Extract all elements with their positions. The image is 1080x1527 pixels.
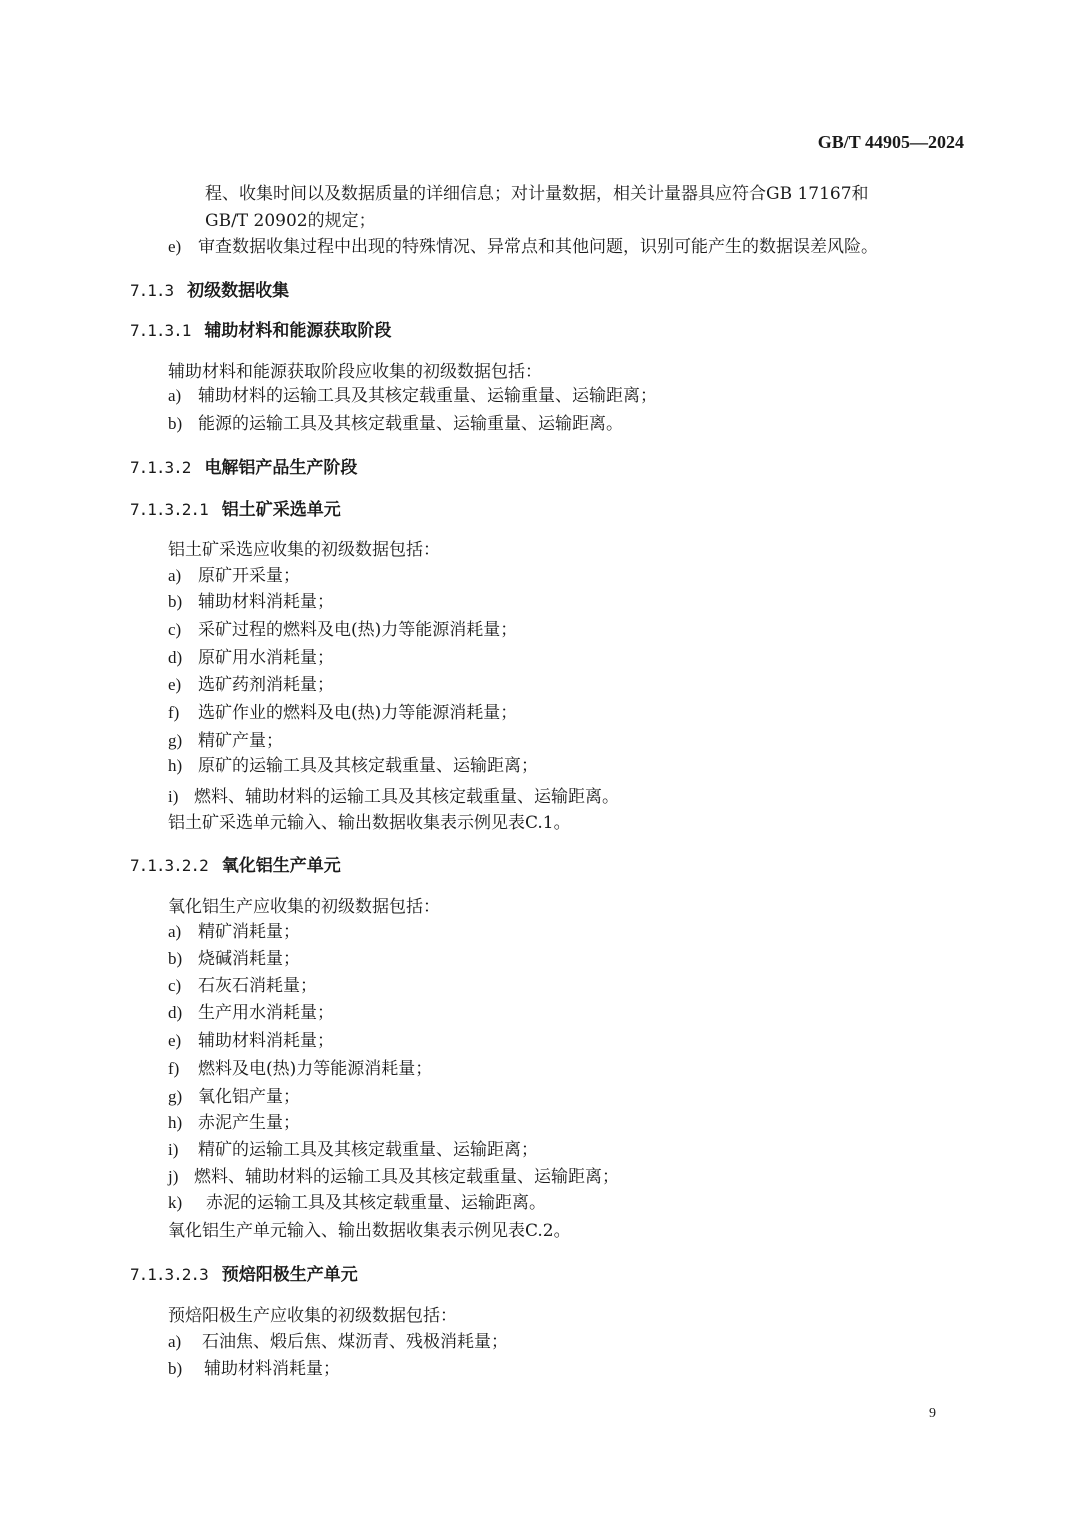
list-label: a): [168, 920, 198, 944]
list-item: a)原矿开采量；: [168, 564, 300, 588]
list-label: b): [168, 1357, 204, 1381]
list-text: 石灰石消耗量；: [198, 976, 317, 996]
section-number: 7.1.3.2.3: [130, 1263, 208, 1287]
list-item: b)辅助材料消耗量；: [168, 590, 334, 614]
section-heading-7-1-3-2: 7.1.3.2电解铝产品生产阶段: [130, 456, 357, 480]
list-text: 赤泥产生量；: [198, 1113, 300, 1133]
list-text: 氧化铝产量；: [198, 1087, 300, 1107]
section-number: 7.1.3.2: [130, 456, 190, 480]
list-label: d): [168, 646, 198, 670]
list-text: 燃料、辅助材料的运输工具及其核定载重量、运输距离；: [194, 1167, 619, 1187]
continued-text-line-2: GB/T 20902的规定；: [205, 209, 376, 233]
list-item: c)石灰石消耗量；: [168, 974, 317, 998]
list-text: 石油焦、煅后焦、煤沥青、残极消耗量；: [202, 1332, 508, 1352]
list-label: f): [168, 701, 198, 725]
standard-number: GB/T 44905—2024: [818, 132, 964, 153]
list-item: b)烧碱消耗量；: [168, 947, 300, 971]
list-label: e): [168, 1029, 198, 1053]
list-text: 辅助材料消耗量；: [204, 1359, 340, 1379]
list-item: j)燃料、辅助材料的运输工具及其核定载重量、运输距离；: [168, 1165, 619, 1189]
continued-text-line-1: 程、收集时间以及数据质量的详细信息；对计量数据，相关计量器具应符合GB 1716…: [205, 182, 869, 206]
section-title: 铝土矿采选单元: [222, 500, 341, 520]
list-text: 精矿产量；: [198, 731, 283, 751]
paragraph: 氧化铝生产单元输入、输出数据收集表示例见表C.2。: [168, 1219, 571, 1243]
list-item: b)能源的运输工具及其核定载重量、运输重量、运输距离。: [168, 412, 623, 436]
list-text: 生产用水消耗量；: [198, 1003, 334, 1023]
list-item: a)辅助材料的运输工具及其核定载重量、运输重量、运输距离；: [168, 384, 657, 408]
list-item: i)精矿的运输工具及其核定载重量、运输距离；: [168, 1138, 538, 1162]
section-number: 7.1.3.1: [130, 319, 190, 343]
list-item: f)燃料及电(热)力等能源消耗量；: [168, 1057, 432, 1081]
list-text: 辅助材料消耗量；: [198, 592, 334, 612]
section-title: 初级数据收集: [187, 281, 289, 301]
list-item: g)精矿产量；: [168, 729, 283, 753]
list-label: g): [168, 729, 198, 753]
list-label: h): [168, 754, 198, 778]
list-item: d)生产用水消耗量；: [168, 1001, 334, 1025]
list-text: 烧碱消耗量；: [198, 949, 300, 969]
list-item: f)选矿作业的燃料及电(热)力等能源消耗量；: [168, 701, 517, 725]
list-text: 选矿药剂消耗量；: [198, 675, 334, 695]
paragraph: 铝土矿采选应收集的初级数据包括：: [168, 538, 440, 562]
list-text: 原矿开采量；: [198, 566, 300, 586]
list-text: 燃料及电(热)力等能源消耗量；: [198, 1059, 432, 1079]
list-item: a)精矿消耗量；: [168, 920, 300, 944]
list-item: i)燃料、辅助材料的运输工具及其核定载重量、运输距离。: [168, 785, 619, 809]
list-label: h): [168, 1111, 198, 1135]
list-label: i): [168, 1138, 198, 1162]
list-item: g)氧化铝产量；: [168, 1085, 300, 1109]
section-number: 7.1.3.2.2: [130, 854, 208, 878]
list-text: 采矿过程的燃料及电(热)力等能源消耗量；: [198, 620, 517, 640]
list-label: i): [168, 785, 194, 809]
list-label: k): [168, 1191, 206, 1215]
list-item: e)选矿药剂消耗量；: [168, 673, 334, 697]
section-heading-7-1-3-2-1: 7.1.3.2.1铝土矿采选单元: [130, 498, 341, 522]
list-label: a): [168, 384, 198, 408]
section-heading-7-1-3-2-3: 7.1.3.2.3预焙阳极生产单元: [130, 1263, 358, 1287]
list-label: b): [168, 947, 198, 971]
list-label: b): [168, 412, 198, 436]
list-text: 原矿的运输工具及其核定载重量、运输距离；: [198, 756, 538, 776]
list-text: 审查数据收集过程中出现的特殊情况、异常点和其他问题，识别可能产生的数据误差风险。: [198, 237, 878, 257]
paragraph: 辅助材料和能源获取阶段应收集的初级数据包括：: [168, 360, 542, 384]
list-text: 燃料、辅助材料的运输工具及其核定载重量、运输距离。: [194, 787, 619, 807]
list-item: a)石油焦、煅后焦、煤沥青、残极消耗量；: [168, 1330, 508, 1354]
list-text: 精矿消耗量；: [198, 922, 300, 942]
section-title: 辅助材料和能源获取阶段: [204, 321, 391, 341]
list-item: c)采矿过程的燃料及电(热)力等能源消耗量；: [168, 618, 517, 642]
list-text: 精矿的运输工具及其核定载重量、运输距离；: [198, 1140, 538, 1160]
list-item: h)赤泥产生量；: [168, 1111, 300, 1135]
section-heading-7-1-3-1: 7.1.3.1辅助材料和能源获取阶段: [130, 319, 391, 343]
list-text: 辅助材料消耗量；: [198, 1031, 334, 1051]
list-item: k)赤泥的运输工具及其核定载重量、运输距离。: [168, 1191, 546, 1215]
page-number: 9: [929, 1406, 936, 1422]
section-heading-7-1-3-2-2: 7.1.3.2.2氧化铝生产单元: [130, 854, 341, 878]
list-item: h)原矿的运输工具及其核定载重量、运输距离；: [168, 754, 538, 778]
section-title: 预焙阳极生产单元: [222, 1265, 358, 1285]
list-text: 选矿作业的燃料及电(热)力等能源消耗量；: [198, 703, 517, 723]
list-label: e): [168, 235, 198, 259]
paragraph: 氧化铝生产应收集的初级数据包括：: [168, 895, 440, 919]
list-label: c): [168, 974, 198, 998]
list-label: c): [168, 618, 198, 642]
list-item: e)辅助材料消耗量；: [168, 1029, 334, 1053]
list-item: b)辅助材料消耗量；: [168, 1357, 340, 1381]
section-title: 氧化铝生产单元: [222, 856, 341, 876]
list-text: 原矿用水消耗量；: [198, 648, 334, 668]
section-number: 7.1.3.2.1: [130, 498, 208, 522]
list-label: a): [168, 564, 198, 588]
list-item: d)原矿用水消耗量；: [168, 646, 334, 670]
section-number: 7.1.3: [130, 279, 173, 303]
list-label: g): [168, 1085, 198, 1109]
list-label: a): [168, 1330, 202, 1354]
list-item: e)审查数据收集过程中出现的特殊情况、异常点和其他问题，识别可能产生的数据误差风…: [168, 235, 878, 259]
list-text: 赤泥的运输工具及其核定载重量、运输距离。: [206, 1193, 546, 1213]
list-text: 辅助材料的运输工具及其核定载重量、运输重量、运输距离；: [198, 386, 657, 406]
list-label: e): [168, 673, 198, 697]
paragraph: 铝土矿采选单元输入、输出数据收集表示例见表C.1。: [168, 811, 571, 835]
paragraph: 预焙阳极生产应收集的初级数据包括：: [168, 1304, 457, 1328]
list-text: 能源的运输工具及其核定载重量、运输重量、运输距离。: [198, 414, 623, 434]
list-label: j): [168, 1165, 194, 1189]
section-title: 电解铝产品生产阶段: [204, 458, 357, 478]
list-label: b): [168, 590, 198, 614]
list-label: d): [168, 1001, 198, 1025]
list-label: f): [168, 1057, 198, 1081]
section-heading-7-1-3: 7.1.3初级数据收集: [130, 279, 289, 303]
